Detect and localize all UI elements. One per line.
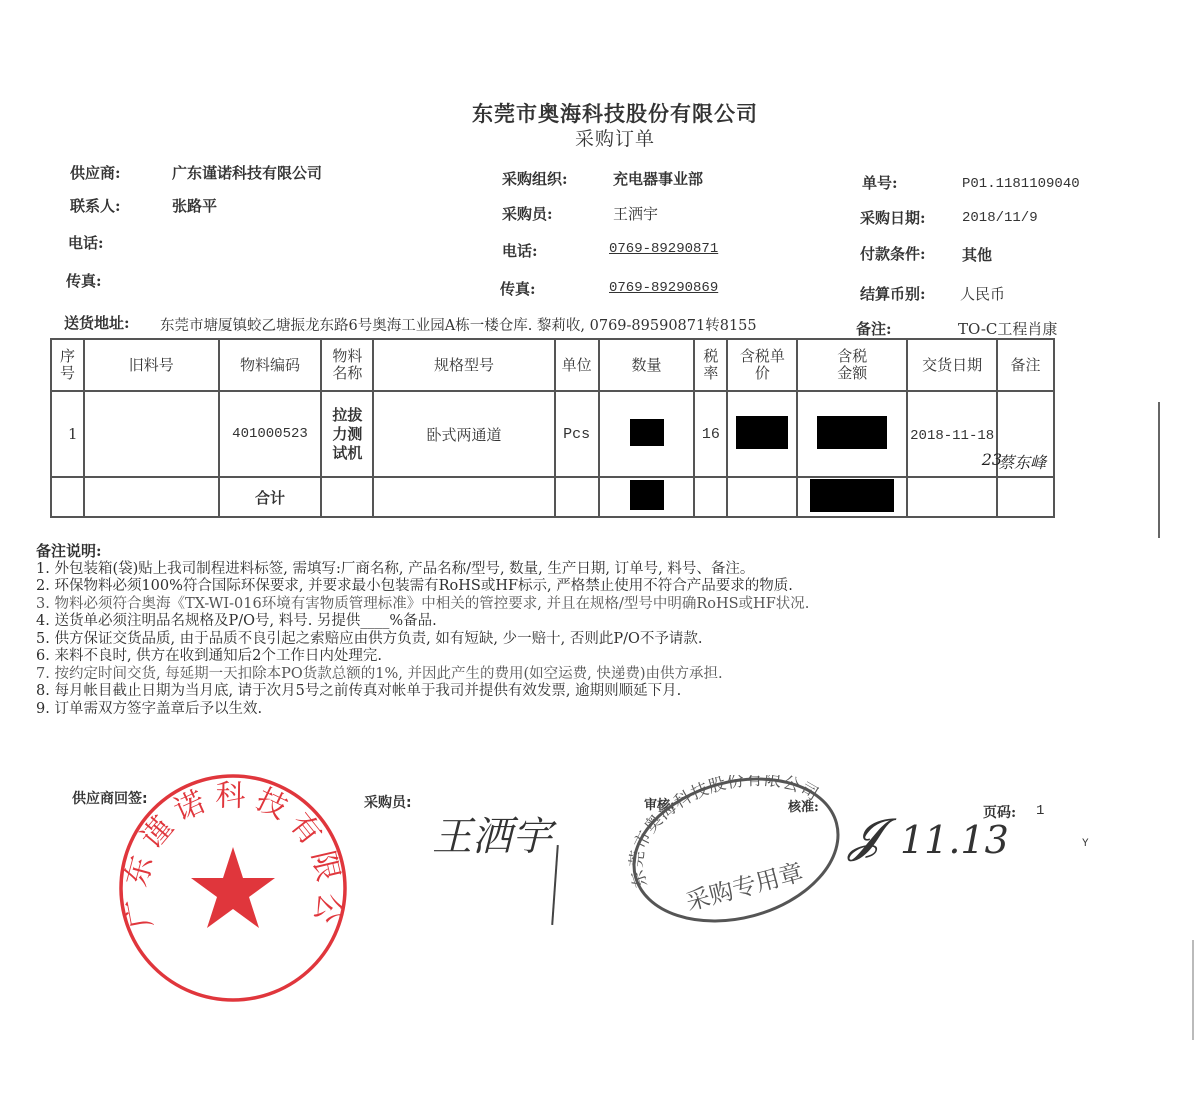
total-amount	[797, 477, 907, 517]
cell-amount	[797, 391, 907, 477]
currency-value: 人民币	[960, 283, 1005, 304]
supplier-fax-label: 传真:	[66, 270, 102, 291]
table-header-row: 序号 旧料号 物料编码 物料名称 规格型号 单位 数量 税率 含税单价 含税金额…	[51, 339, 1054, 391]
purchase-org-label: 采购组织:	[502, 168, 568, 189]
buyer-label: 采购员:	[502, 203, 553, 224]
buyer-fax-value: 0769-89290869	[609, 280, 718, 296]
table-row: 1 401000523 拉拔力测试机 卧式两通道 Pcs 16 2018-11-…	[51, 391, 1054, 477]
order-items-table: 序号 旧料号 物料编码 物料名称 规格型号 单位 数量 税率 含税单价 含税金额…	[50, 338, 1055, 518]
scan-edge-line	[1158, 402, 1160, 538]
cell-spec: 卧式两通道	[373, 391, 554, 477]
approve-handwritten-date: 11.13	[900, 818, 1009, 862]
payment-terms-label: 付款条件:	[860, 243, 926, 264]
supplier-label: 供应商:	[70, 162, 121, 183]
cell-unit-price	[727, 391, 797, 477]
contact-value: 张路平	[172, 195, 217, 216]
purchase-department-seal: 东莞市奥海科技股份有限公司 采购专用章	[626, 775, 846, 925]
order-number-label: 单号:	[862, 172, 898, 193]
buyer-phone-label: 电话:	[502, 240, 538, 261]
terms-notes: 备注说明: 1. 外包装箱(袋)贴上我司制程进料标签, 需填写:厂商名称, 产品…	[36, 543, 809, 718]
redaction-block	[630, 419, 664, 446]
redaction-block	[736, 416, 788, 449]
buyer-sign-label: 采购员:	[364, 792, 412, 812]
col-header-quantity: 数量	[599, 339, 695, 391]
cell-seq: 1	[51, 391, 84, 477]
buyer-fax-label: 传真:	[500, 278, 536, 299]
redaction-block	[810, 479, 894, 512]
remark-label: 备注:	[856, 318, 892, 339]
cell-tax-rate: 16	[694, 391, 727, 477]
col-header-material-code: 物料编码	[219, 339, 322, 391]
col-header-tax-rate: 税率	[694, 339, 727, 391]
note-item: 2. 环保物料必须100%符合国际环保要求, 并要求最小包装需有RoHS或HF标…	[36, 578, 809, 596]
cell-old-code	[84, 391, 219, 477]
delivery-date-text: 2018-11-18	[910, 428, 994, 444]
currency-label: 结算币别:	[860, 283, 926, 304]
cell-material-code: 401000523	[219, 391, 322, 477]
col-header-delivery-date: 交货日期	[907, 339, 997, 391]
contact-label: 联系人:	[70, 195, 121, 216]
supplier-phone-label: 电话:	[68, 232, 104, 253]
document-title: 采购订单	[0, 124, 1200, 151]
table-total-row: 合计	[51, 477, 1054, 517]
delivery-address-value: 东莞市塘厦镇蛟乙塘振龙东路6号奥海工业园A栋一楼仓库. 黎莉收, 0769-89…	[160, 314, 757, 335]
note-item: 3. 物料必须符合奥海《TX-WI-016环境有害物质管理标准》中相关的管控要求…	[36, 596, 809, 614]
buyer-handwritten-signature: 王洒宇	[432, 805, 552, 862]
buyer-value: 王洒宇	[613, 203, 658, 224]
delivery-address-label: 送货地址:	[64, 312, 130, 333]
col-header-unit-price: 含税单价	[727, 339, 797, 391]
order-date-value: 2018/11/9	[962, 210, 1038, 226]
cell-delivery-date: 2018-11-18 23	[907, 391, 997, 477]
supplier-value: 广东谨诺科技有限公司	[172, 162, 322, 183]
approve-handwritten-mark: 𝓙	[848, 808, 880, 864]
buyer-phone-value: 0769-89290871	[609, 241, 718, 257]
order-date-label: 采购日期:	[860, 207, 926, 228]
cell-unit: Pcs	[555, 391, 599, 477]
col-header-seq: 序号	[51, 339, 84, 391]
note-item: 5. 供方保证交货品质, 由于品质不良引起之索赔应由供方负责, 如有短缺, 少一…	[36, 631, 809, 649]
cell-material-name: 拉拔力测试机	[321, 391, 373, 477]
page-label: 页码:	[983, 802, 1016, 822]
cell-quantity	[599, 391, 695, 477]
redaction-block	[630, 480, 664, 510]
col-header-unit: 单位	[555, 339, 599, 391]
total-label: 合计	[219, 477, 322, 517]
note-item: 4. 送货单必须注明品名规格及P/O号, 料号. 另提供____%备品.	[36, 613, 809, 631]
seal-inner-text: 采购专用章	[683, 858, 806, 916]
scan-edge-line	[1192, 940, 1194, 1040]
notes-title: 备注说明:	[36, 543, 809, 561]
corner-mark: Y	[1082, 838, 1089, 850]
col-header-amount: 含税金额	[797, 339, 907, 391]
signature-stroke	[551, 845, 559, 925]
purchase-org-value: 充电器事业部	[613, 168, 703, 189]
col-header-material-name: 物料名称	[321, 339, 373, 391]
note-item: 8. 每月帐目截止日期为当月底, 请于次月5号之前传真对帐单于我司并提供有效发票…	[36, 683, 809, 701]
note-item: 7. 按约定时间交货, 每延期一天扣除本PO货款总额的1%, 并因此产生的费用(…	[36, 666, 809, 684]
page-value: 1	[1036, 803, 1044, 819]
cell-remark: 蔡东峰	[997, 391, 1054, 477]
redaction-block	[817, 416, 887, 449]
supplier-company-seal: 广东谨诺科技有限公司	[117, 772, 349, 1004]
note-item: 9. 订单需双方签字盖章后予以生效.	[36, 701, 809, 719]
order-number-value: P01.1181109040	[962, 176, 1080, 192]
handwritten-signature: 蔡东峰	[998, 450, 1046, 473]
payment-terms-value: 其他	[962, 244, 992, 265]
total-quantity	[599, 477, 695, 517]
col-header-spec: 规格型号	[373, 339, 554, 391]
col-header-remark: 备注	[997, 339, 1054, 391]
col-header-old-code: 旧料号	[84, 339, 219, 391]
note-item: 6. 来料不良时, 供方在收到通知后2个工作日内处理完.	[36, 648, 809, 666]
note-item: 1. 外包装箱(袋)贴上我司制程进料标签, 需填写:厂商名称, 产品名称/型号,…	[36, 561, 809, 579]
remark-value: TO-C工程肖康	[958, 318, 1057, 339]
